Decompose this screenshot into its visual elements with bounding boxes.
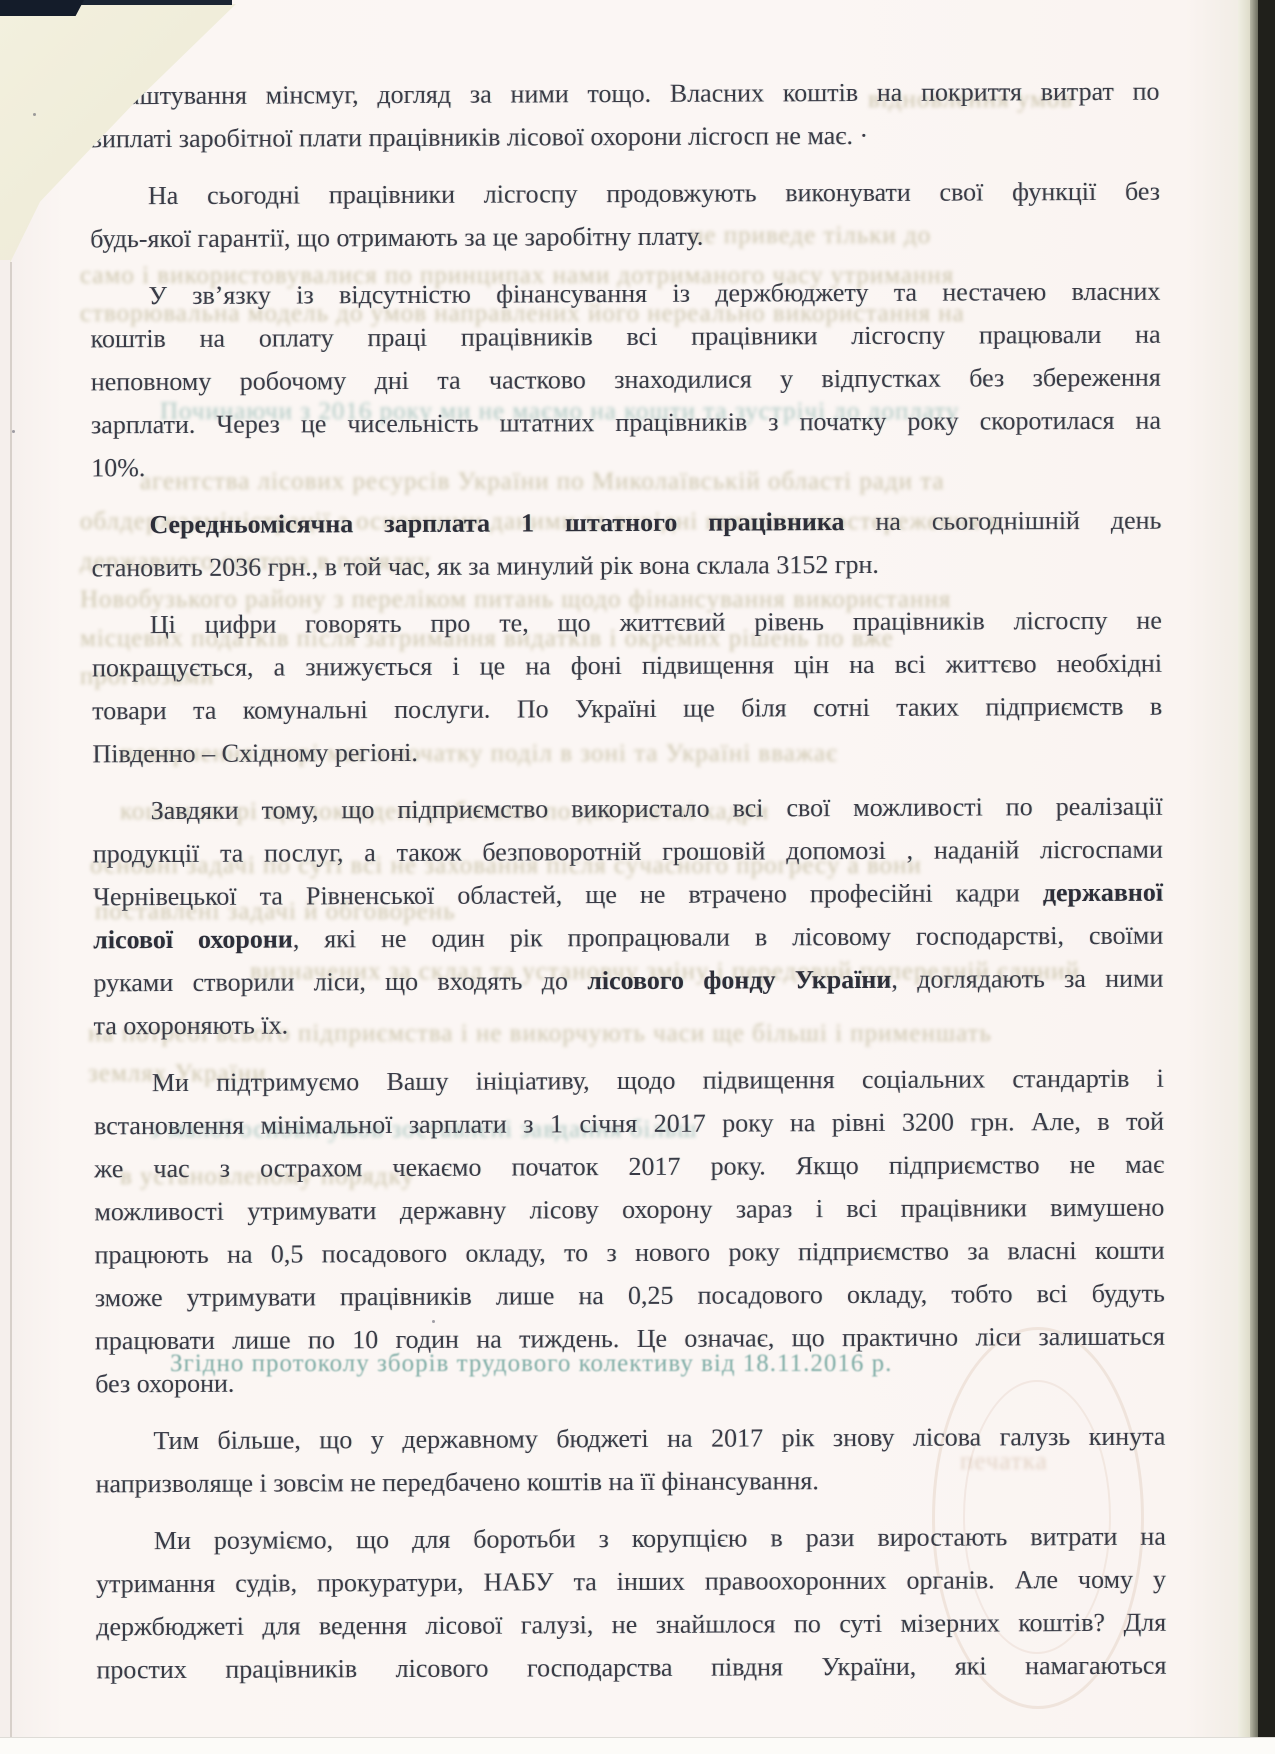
text-line: На сьогодні працівники лісгоспу продовжу…: [90, 170, 1160, 218]
paragraph-1: облаштування мінсмуг, догляд за ними тощ…: [89, 70, 1159, 161]
text-line: Тим більше, що у державному бюджеті на 2…: [95, 1415, 1165, 1463]
text-line: держбюджеті для ведення лісової галузі, …: [96, 1601, 1166, 1649]
text-line: У зв’язку із відсутністю фінансування із…: [90, 270, 1160, 318]
text-segment: працюють на 0,5 посадового окладу, то з …: [95, 1236, 1165, 1270]
text-segment: Ми розуміємо, що для боротьби з корупціє…: [154, 1522, 1166, 1555]
text-line: утримання судів, прокуратури, НАБУ та ін…: [96, 1558, 1166, 1606]
text-line: лісової охорони, які не один рік пропрац…: [93, 914, 1163, 962]
text-segment: Тим більше, що у державному бюджеті на 2…: [153, 1422, 1165, 1455]
text-segment: покращується, а знижується і це на фоні …: [92, 649, 1162, 683]
text-line: становить 2036 грн., в той час, як за ми…: [92, 542, 1162, 590]
text-segment: руками створили ліси, що входять до: [93, 966, 587, 997]
scan-speck: [432, 1320, 435, 1323]
bold-text-segment: лісового фонду України: [587, 965, 891, 995]
text-line: встановлення мінімальної зарплати з 1 сі…: [94, 1100, 1164, 1148]
text-segment: Ми підтримуємо Вашу ініціативу, щодо під…: [152, 1064, 1164, 1097]
paragraph-4: Середньомісячна зарплата 1 штатного прац…: [91, 499, 1161, 590]
paragraph-3: У зв’язку із відсутністю фінансування із…: [90, 270, 1161, 490]
right-page-edge-shadow: [1250, 0, 1258, 1754]
left-page-edge-line: [10, 262, 12, 1754]
text-line: напризволяще і зовсім не передбачено кош…: [96, 1458, 1166, 1506]
text-segment: 10%.: [91, 453, 145, 482]
text-segment: Ці цифри говорять про те, що життєвий рі…: [150, 606, 1162, 639]
text-line: руками створили ліси, що входять до лісо…: [93, 957, 1163, 1005]
left-page-edge-shade: [0, 260, 10, 1754]
text-segment: неповному робочому дні та частково знахо…: [91, 363, 1161, 397]
text-segment: зарплати. Через це чисельність штатних п…: [91, 406, 1161, 440]
text-line: можливості утримувати державну лісову ох…: [94, 1186, 1164, 1234]
text-segment: напризволяще і зовсім не передбачено кош…: [96, 1466, 819, 1498]
text-line: продукції та послуг, а також безповоротн…: [93, 828, 1163, 876]
text-line: коштів на оплату праці працівників всі п…: [91, 313, 1161, 361]
text-segment: Південно – Східному регіоні.: [92, 738, 418, 768]
text-segment: виплаті заробітної плати працівників ліс…: [90, 121, 868, 153]
bottom-page-edge: [0, 1737, 1275, 1754]
text-segment: будь-якої гарантії, що отримають за це з…: [90, 222, 703, 254]
paragraph-6: Завдяки тому, що підприємство використал…: [93, 785, 1164, 1048]
bold-text-segment: державної: [1043, 878, 1163, 908]
text-line: Ми розуміємо, що для боротьби з корупціє…: [96, 1515, 1166, 1563]
text-segment: та охороняють їх.: [94, 1010, 289, 1040]
text-segment: держбюджеті для ведення лісової галузі, …: [96, 1608, 1166, 1642]
text-segment: становить 2036 грн., в той час, як за ми…: [92, 550, 879, 582]
text-segment: на сьогоднішній день: [844, 506, 1161, 536]
scan-speck: [33, 113, 36, 116]
text-segment: простих працівників лісового господарств…: [96, 1651, 1166, 1685]
text-segment: , які не один рік пропрацювали в лісовом…: [293, 921, 1164, 954]
scan-dark-edge-corner: [0, 0, 84, 16]
right-scanner-background: [1258, 0, 1275, 1754]
bold-text-segment: Середньомісячна зарплата 1 штатного прац…: [149, 507, 844, 539]
text-line: 10%.: [91, 442, 1161, 490]
bold-text-segment: лісової охорони: [93, 924, 293, 954]
text-line: без охорони.: [95, 1358, 1165, 1406]
text-segment: працювати лише по 10 годин на тиждень. Ц…: [95, 1322, 1165, 1356]
text-segment: товари та комунальні послуги. По Україні…: [92, 692, 1162, 726]
text-line: Завдяки тому, що підприємство використал…: [93, 785, 1163, 833]
text-line: Середньомісячна зарплата 1 штатного прац…: [91, 499, 1161, 547]
text-line: та охороняють їх.: [94, 1000, 1164, 1048]
scan-speck: [12, 430, 15, 433]
text-line: зможе утримувати працівників лише на 0,2…: [95, 1272, 1165, 1320]
text-segment: У зв’язку із відсутністю фінансування із…: [148, 277, 1160, 310]
text-line: облаштування мінсмуг, догляд за ними тощ…: [89, 70, 1159, 118]
text-segment: встановлення мінімальної зарплати з 1 сі…: [94, 1107, 1164, 1141]
text-line: неповному робочому дні та частково знахо…: [91, 356, 1161, 404]
text-segment: облаштування мінсмуг, догляд за ними тощ…: [89, 77, 1159, 111]
text-line: працювати лише по 10 годин на тиждень. Ц…: [95, 1315, 1165, 1363]
text-segment: Завдяки тому, що підприємство використал…: [151, 792, 1163, 825]
text-line: покращується, а знижується і це на фоні …: [92, 642, 1162, 690]
paragraph-7: Ми підтримуємо Вашу ініціативу, щодо під…: [94, 1057, 1165, 1406]
paragraph-2: На сьогодні працівники лісгоспу продовжу…: [90, 170, 1160, 261]
text-segment: зможе утримувати працівників лише на 0,2…: [95, 1279, 1165, 1313]
text-line: Чернівецької та Рівненської областей, ще…: [93, 871, 1163, 919]
text-segment: же час з острахом чекаємо початок 2017 р…: [94, 1150, 1164, 1184]
text-segment: продукції та послуг, а також безповоротн…: [93, 835, 1163, 869]
text-segment: , доглядають за ними: [891, 964, 1163, 994]
text-segment: Чернівецької та Рівненської областей, ще…: [93, 878, 1043, 911]
text-line: товари та комунальні послуги. По Україні…: [92, 685, 1162, 733]
text-segment: без охорони.: [95, 1369, 234, 1399]
text-line: Південно – Східному регіоні.: [92, 728, 1162, 776]
paragraph-8: Тим більше, що у державному бюджеті на 2…: [95, 1415, 1165, 1506]
text-line: же час з острахом чекаємо початок 2017 р…: [94, 1143, 1164, 1191]
text-line: простих працівників лісового господарств…: [96, 1644, 1166, 1692]
text-line: Ми підтримуємо Вашу ініціативу, щодо під…: [94, 1057, 1164, 1105]
paragraph-9: Ми розуміємо, що для боротьби з корупціє…: [96, 1515, 1167, 1692]
text-segment: На сьогодні працівники лісгоспу продовжу…: [148, 177, 1160, 210]
text-block: облаштування мінсмуг, догляд за ними тощ…: [89, 70, 1166, 1706]
right-page-edge-highlight: [1238, 0, 1250, 1754]
scanned-page: відновлення умовне приведе тільки досамо…: [0, 0, 1275, 1754]
paragraph-5: Ці цифри говорять про те, що життєвий рі…: [92, 599, 1163, 776]
text-segment: коштів на оплату праці працівників всі п…: [91, 320, 1161, 354]
text-line: Ці цифри говорять про те, що життєвий рі…: [92, 599, 1162, 647]
text-line: працюють на 0,5 посадового окладу, то з …: [95, 1229, 1165, 1277]
text-line: зарплати. Через це чисельність штатних п…: [91, 399, 1161, 447]
text-line: будь-якої гарантії, що отримають за це з…: [90, 213, 1160, 261]
text-line: виплаті заробітної плати працівників ліс…: [90, 113, 1160, 161]
text-segment: можливості утримувати державну лісову ох…: [94, 1193, 1164, 1227]
text-segment: утримання судів, прокуратури, НАБУ та ін…: [96, 1565, 1166, 1599]
